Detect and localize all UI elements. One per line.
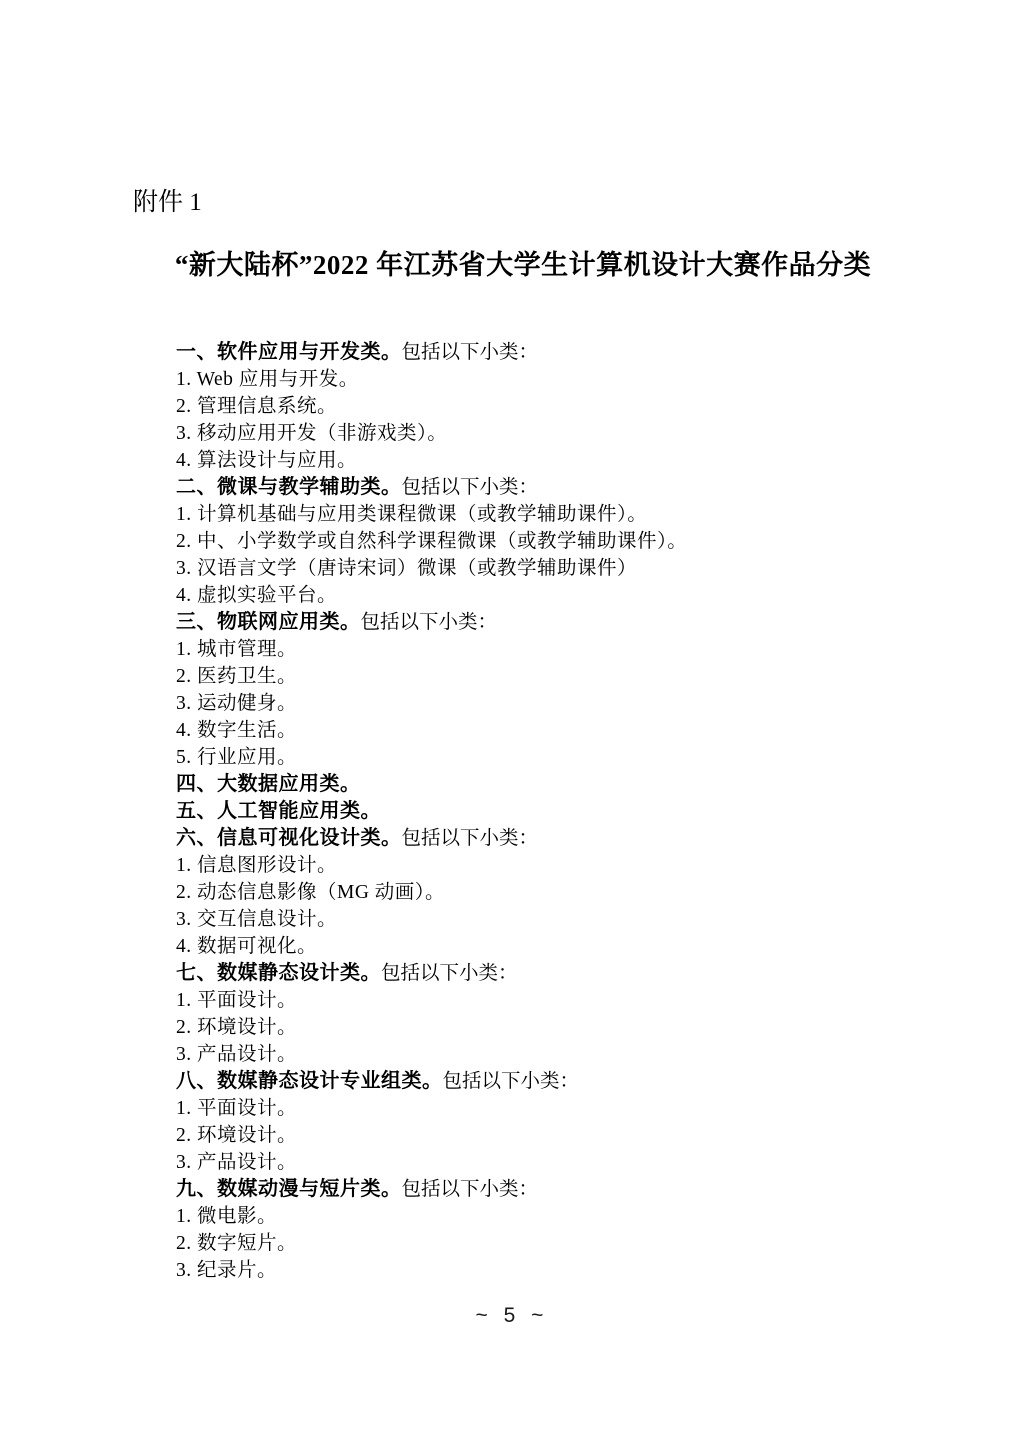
page-number: ~ 5 ~ — [0, 1303, 1024, 1329]
section-heading: 九、数媒动漫与短片类。 — [176, 1178, 402, 1200]
category-item: 4. 算法设计与应用。 — [176, 447, 906, 474]
category-item: 2. 环境设计。 — [176, 1122, 906, 1149]
section-heading-note: 包括以下小类： — [402, 342, 539, 363]
section-heading-line: 六、信息可视化设计类。包括以下小类： — [176, 825, 906, 852]
section-heading: 七、数媒静态设计类。 — [176, 962, 381, 984]
category-item: 1. Web 应用与开发。 — [176, 366, 906, 393]
section-heading-note: 包括以下小类： — [361, 612, 498, 633]
category-item: 1. 微电影。 — [176, 1203, 906, 1230]
category-item: 2. 动态信息影像（MG 动画）。 — [176, 879, 906, 906]
category-item: 1. 平面设计。 — [176, 987, 906, 1014]
category-item: 3. 运动健身。 — [176, 690, 906, 717]
category-item: 4. 虚拟实验平台。 — [176, 582, 906, 609]
category-item: 2. 环境设计。 — [176, 1014, 906, 1041]
attachment-label: 附件 1 — [133, 188, 202, 218]
category-item: 2. 中、小学数学或自然科学课程微课（或教学辅助课件）。 — [176, 528, 906, 555]
section-heading-line: 八、数媒静态设计专业组类。包括以下小类： — [176, 1068, 906, 1095]
section-heading: 五、人工智能应用类。 — [176, 800, 381, 822]
section-heading-line: 一、软件应用与开发类。包括以下小类： — [176, 339, 906, 366]
section-heading-line: 三、物联网应用类。包括以下小类： — [176, 609, 906, 636]
category-section: 七、数媒静态设计类。包括以下小类： 1. 平面设计。 2. 环境设计。 3. 产… — [176, 960, 906, 1068]
section-heading: 三、物联网应用类。 — [176, 611, 361, 633]
category-section: 一、软件应用与开发类。包括以下小类： 1. Web 应用与开发。 2. 管理信息… — [176, 339, 906, 474]
section-heading-line: 七、数媒静态设计类。包括以下小类： — [176, 960, 906, 987]
category-item: 3. 汉语言文学（唐诗宋词）微课（或教学辅助课件） — [176, 555, 906, 582]
category-item: 1. 信息图形设计。 — [176, 852, 906, 879]
section-heading: 八、数媒静态设计专业组类。 — [176, 1070, 443, 1092]
category-section: 六、信息可视化设计类。包括以下小类： 1. 信息图形设计。 2. 动态信息影像（… — [176, 825, 906, 960]
category-section: 二、微课与教学辅助类。包括以下小类： 1. 计算机基础与应用类课程微课（或教学辅… — [176, 474, 906, 609]
category-list: 一、软件应用与开发类。包括以下小类： 1. Web 应用与开发。 2. 管理信息… — [176, 339, 906, 1284]
section-heading-line: 五、人工智能应用类。 — [176, 798, 906, 825]
section-heading-line: 四、大数据应用类。 — [176, 771, 906, 798]
category-item: 3. 产品设计。 — [176, 1149, 906, 1176]
section-heading-note: 包括以下小类： — [402, 828, 539, 849]
category-item: 5. 行业应用。 — [176, 744, 906, 771]
category-item: 3. 产品设计。 — [176, 1041, 906, 1068]
category-item: 4. 数据可视化。 — [176, 933, 906, 960]
section-heading: 四、大数据应用类。 — [176, 773, 361, 795]
category-section: 三、物联网应用类。包括以下小类： 1. 城市管理。 2. 医药卫生。 3. 运动… — [176, 609, 906, 771]
category-item: 3. 交互信息设计。 — [176, 906, 906, 933]
category-item: 3. 移动应用开发（非游戏类）。 — [176, 420, 906, 447]
category-item: 2. 医药卫生。 — [176, 663, 906, 690]
category-item: 1. 计算机基础与应用类课程微课（或教学辅助课件）。 — [176, 501, 906, 528]
category-section: 九、数媒动漫与短片类。包括以下小类： 1. 微电影。 2. 数字短片。 3. 纪… — [176, 1176, 906, 1284]
section-heading-note: 包括以下小类： — [381, 963, 518, 984]
category-section: 五、人工智能应用类。 — [176, 798, 906, 825]
category-section: 八、数媒静态设计专业组类。包括以下小类： 1. 平面设计。 2. 环境设计。 3… — [176, 1068, 906, 1176]
category-item: 1. 城市管理。 — [176, 636, 906, 663]
category-section: 四、大数据应用类。 — [176, 771, 906, 798]
section-heading-line: 二、微课与教学辅助类。包括以下小类： — [176, 474, 906, 501]
section-heading: 六、信息可视化设计类。 — [176, 827, 402, 849]
section-heading: 一、软件应用与开发类。 — [176, 341, 402, 363]
category-item: 4. 数字生活。 — [176, 717, 906, 744]
category-item: 2. 管理信息系统。 — [176, 393, 906, 420]
section-heading-note: 包括以下小类： — [402, 1179, 539, 1200]
category-item: 3. 纪录片。 — [176, 1257, 906, 1284]
page-title: “新大陆杯”2022 年江苏省大学生计算机设计大赛作品分类 — [0, 248, 1024, 282]
section-heading-line: 九、数媒动漫与短片类。包括以下小类： — [176, 1176, 906, 1203]
category-item: 2. 数字短片。 — [176, 1230, 906, 1257]
document-page: 附件 1 “新大陆杯”2022 年江苏省大学生计算机设计大赛作品分类 一、软件应… — [0, 0, 1024, 1448]
section-heading: 二、微课与教学辅助类。 — [176, 476, 402, 498]
category-item: 1. 平面设计。 — [176, 1095, 906, 1122]
section-heading-note: 包括以下小类： — [443, 1071, 580, 1092]
section-heading-note: 包括以下小类： — [402, 477, 539, 498]
